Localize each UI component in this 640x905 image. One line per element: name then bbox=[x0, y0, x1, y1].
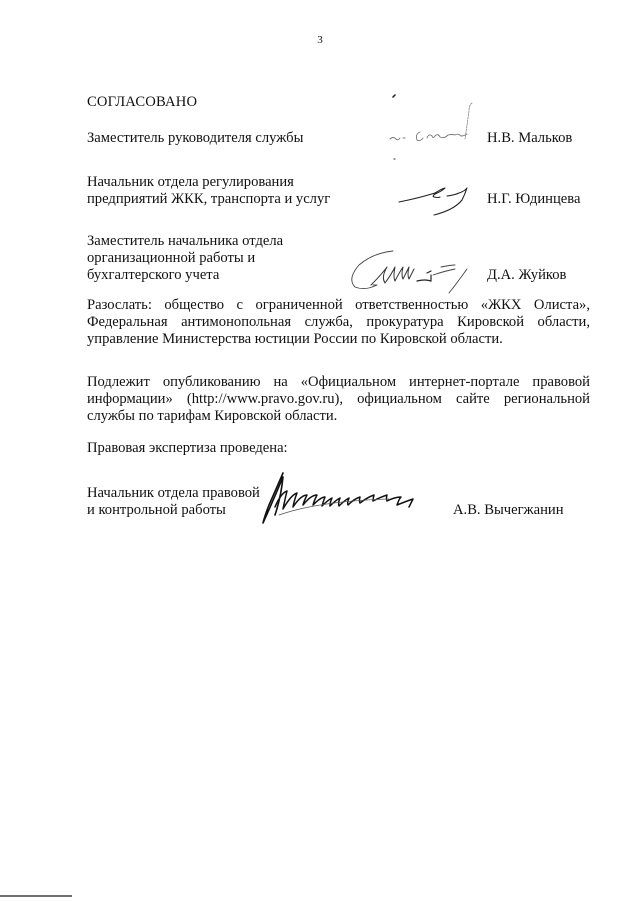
distribution-line: Федеральная антимонопольная служба, прок… bbox=[87, 314, 590, 331]
signatory-title: Заместитель руководителя службы bbox=[87, 130, 303, 147]
signature-icon bbox=[257, 469, 457, 531]
signature-icon bbox=[372, 86, 482, 166]
signatory-name: Н.В. Мальков bbox=[487, 130, 572, 147]
signatory-row-3: Заместитель начальника отдела организаци… bbox=[87, 233, 590, 289]
signature-icon bbox=[397, 174, 477, 222]
approval-heading: СОГЛАСОВАНО bbox=[87, 94, 197, 111]
signatory-row-2: Начальник отдела регулирования предприят… bbox=[87, 174, 590, 214]
publication-line: информации» (http://www.pravo.gov.ru), о… bbox=[87, 391, 590, 408]
signatory-title: Начальник отдела правовой и контрольной … bbox=[87, 485, 260, 519]
page-number: 3 bbox=[0, 32, 640, 49]
publication-line: Подлежит опубликованию на «Официальном и… bbox=[87, 374, 590, 391]
signatory-name: А.В. Вычегжанин bbox=[453, 502, 564, 519]
distribution-line: Разослать: общество с ограниченной ответ… bbox=[87, 297, 590, 314]
signatory-title: Начальник отдела регулирования предприят… bbox=[87, 174, 330, 208]
signatory-name: Д.А. Жуйков bbox=[487, 267, 566, 284]
signatory-title: Заместитель начальника отдела организаци… bbox=[87, 233, 283, 284]
publication-paragraph: Подлежит опубликованию на «Официальном и… bbox=[87, 374, 590, 425]
footer-rule bbox=[0, 895, 72, 897]
signatory-row-1: Заместитель руководителя службы Н.В. Мал… bbox=[87, 130, 590, 160]
distribution-paragraph: Разослать: общество с ограниченной ответ… bbox=[87, 297, 590, 348]
legal-review-statement: Правовая экспертиза проведена: bbox=[87, 440, 288, 457]
signature-icon bbox=[345, 243, 485, 303]
distribution-line: управление Министерства юстиции России п… bbox=[87, 331, 590, 348]
legal-review-signatory-row: Начальник отдела правовой и контрольной … bbox=[87, 485, 590, 525]
publication-line: службы по тарифам Кировской области. bbox=[87, 408, 590, 425]
signatory-name: Н.Г. Юдинцева bbox=[487, 191, 580, 208]
